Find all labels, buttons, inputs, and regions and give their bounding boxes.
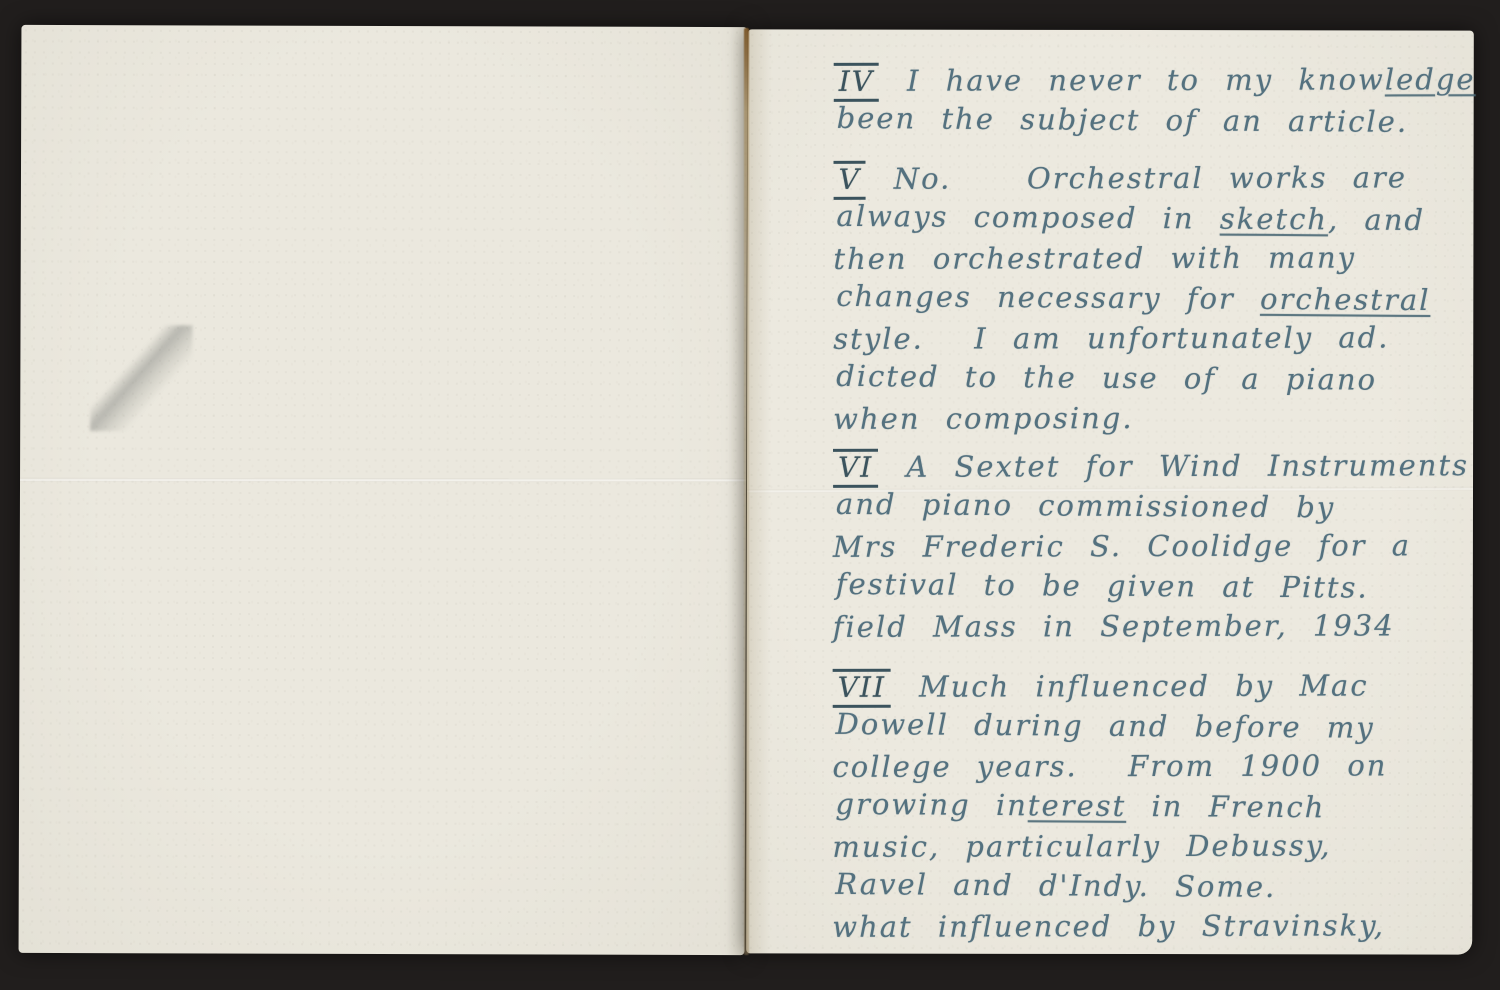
- line-text: I have never to my know: [907, 62, 1385, 97]
- line-text: dicted to the use of a piano: [836, 359, 1377, 397]
- section-vi: VIA Sextet for Wind Instruments and pian…: [833, 446, 1459, 647]
- line-text: Ravel and d'Indy. Some.: [835, 867, 1276, 904]
- handwriting-line: Dowell during and before my: [832, 704, 1458, 748]
- handwriting-line: style. I am unfortunately ad.: [833, 317, 1459, 359]
- section-iv: IVI have never to my knowledge been the …: [834, 60, 1460, 141]
- line-text: music, particularly Debussy,: [832, 829, 1331, 864]
- roman-numeral-iv: IV: [834, 63, 879, 102]
- line-text: always composed in: [836, 199, 1220, 236]
- line-text: in French: [1126, 789, 1325, 824]
- handwriting-line: IVI have never to my knowledge: [834, 59, 1460, 101]
- line-text: Dowell during and before my: [835, 707, 1374, 745]
- underlined-word: terest: [1028, 788, 1127, 823]
- handwriting-line: festival to be given at Pitts.: [833, 564, 1459, 608]
- section-vii: VIIMuch influenced by Mac Dowell during …: [832, 666, 1458, 947]
- handwriting-line: dicted to the use of a piano: [833, 356, 1459, 400]
- section-v: VNo. Orchestral works are always compose…: [833, 158, 1459, 439]
- handwriting-line: field Mass in September, 1934: [833, 605, 1459, 647]
- roman-numeral-v: V: [834, 161, 866, 200]
- line-text: field Mass in September, 1934: [833, 608, 1395, 643]
- handwritten-text: IVI have never to my knowledge been the …: [746, 29, 1474, 954]
- underlined-word: ledge: [1385, 62, 1476, 96]
- handwriting-line: changes necessary for orchestral: [833, 276, 1459, 320]
- handwriting-line: VIA Sextet for Wind Instruments: [833, 445, 1459, 487]
- line-text: style. I am unfortunately ad.: [833, 320, 1389, 355]
- handwriting-line: music, particularly Debussy,: [832, 825, 1458, 867]
- handwriting-line: college years. From 1900 on: [832, 745, 1458, 787]
- handwriting-line: then orchestrated with many: [833, 237, 1459, 279]
- line-text: when composing.: [833, 401, 1133, 436]
- manuscript-photo: IVI have never to my knowledge been the …: [0, 0, 1500, 990]
- handwriting-line: been the subject of an article.: [834, 98, 1460, 142]
- line-text: been the subject of an article.: [837, 101, 1409, 139]
- handwriting-line: VNo. Orchestral works are: [833, 157, 1459, 199]
- handwriting-line: VIIMuch influenced by Mac: [833, 665, 1459, 707]
- handwriting-line: Ravel and d'Indy. Some.: [832, 864, 1458, 908]
- handwriting-line: growing interest in French: [832, 784, 1458, 828]
- smudge-mark: [90, 325, 192, 431]
- handwriting-line: what influenced by Stravinsky,: [832, 905, 1458, 947]
- line-text: college years. From 1900 on: [832, 748, 1387, 783]
- handwriting-line: and piano commissioned by: [833, 484, 1459, 528]
- left-page: [19, 25, 748, 955]
- underlined-word: orchestral: [1260, 282, 1431, 317]
- line-text: , and: [1328, 202, 1425, 237]
- line-text: No. Orchestral works are: [894, 160, 1407, 195]
- center-fold: [744, 28, 749, 955]
- line-text: and piano commissioned by: [836, 487, 1336, 524]
- line-text: growing in: [835, 787, 1028, 822]
- handwriting-line: when composing.: [833, 397, 1459, 439]
- fold-crease-left: [20, 478, 746, 482]
- line-text: Much influenced by Mac: [919, 668, 1369, 703]
- handwriting-line: always composed in sketch, and: [833, 196, 1459, 240]
- underlined-word: sketch: [1220, 202, 1328, 237]
- line-text: A Sextet for Wind Instruments: [906, 448, 1469, 483]
- line-text: festival to be given at Pitts.: [836, 567, 1369, 605]
- line-text: what influenced by Stravinsky,: [832, 908, 1385, 943]
- line-text: Mrs Frederic S. Coolidge for a: [833, 528, 1411, 564]
- line-text: changes necessary for: [836, 279, 1260, 316]
- right-page: IVI have never to my knowledge been the …: [746, 29, 1474, 954]
- handwriting-line: Mrs Frederic S. Coolidge for a: [833, 525, 1459, 567]
- roman-numeral-vii: VII: [833, 669, 891, 708]
- line-text: then orchestrated with many: [833, 241, 1356, 276]
- roman-numeral-vi: VI: [833, 449, 878, 488]
